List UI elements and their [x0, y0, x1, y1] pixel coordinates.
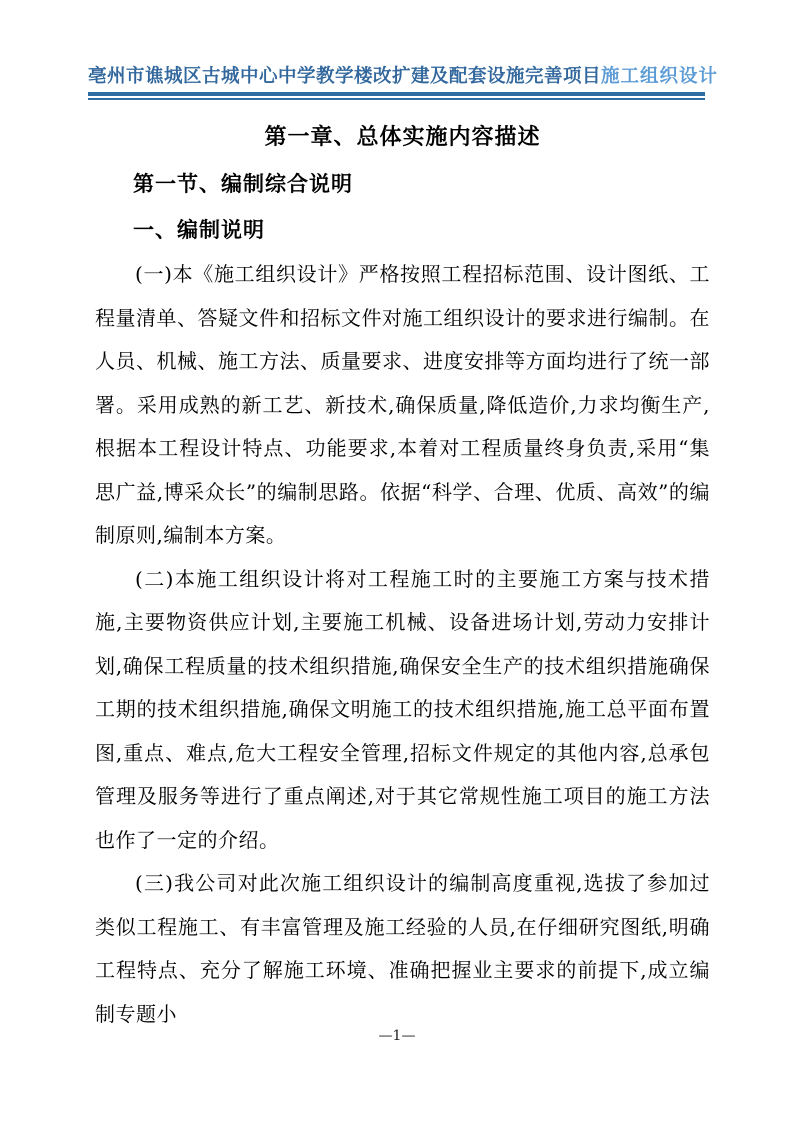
header-rule-thick: [88, 92, 705, 96]
header-rule-thin: [88, 98, 705, 100]
page-footer: —1—: [0, 1026, 794, 1046]
page-number: —1—: [379, 1028, 416, 1044]
paragraph-2: (二)本施工组织设计将对工程施工时的主要施工方案与技术措施,主要物资供应计划,主…: [95, 558, 710, 863]
paragraph-3: (三)我公司对此次施工组织设计的编制高度重视,选拔了参加过类似工程施工、有丰富管…: [95, 862, 710, 1036]
chapter-title: 第一章、总体实施内容描述: [95, 114, 710, 161]
document-page: 亳州市谯城区古城中心中学教学楼改扩建及配套设施完善项目 施工组织设计 第一章、总…: [0, 0, 794, 1122]
header-project-title: 亳州市谯城区古城中心中学教学楼改扩建及配套设施完善项目: [88, 64, 601, 90]
subsection-heading: 一、编制说明: [95, 207, 710, 253]
paragraph-1: (一)本《施工组织设计》严格按照工程招标范围、设计图纸、工程量清单、答疑文件和招…: [95, 253, 710, 558]
header-row: 亳州市谯城区古城中心中学教学楼改扩建及配套设施完善项目 施工组织设计: [88, 64, 705, 90]
document-content: 第一章、总体实施内容描述 第一节、编制综合说明 一、编制说明 (一)本《施工组织…: [95, 114, 710, 1036]
header-doc-type: 施工组织设计: [601, 64, 762, 90]
page-header: 亳州市谯城区古城中心中学教学楼改扩建及配套设施完善项目 施工组织设计: [88, 64, 705, 100]
section-heading: 第一节、编制综合说明: [95, 161, 710, 207]
